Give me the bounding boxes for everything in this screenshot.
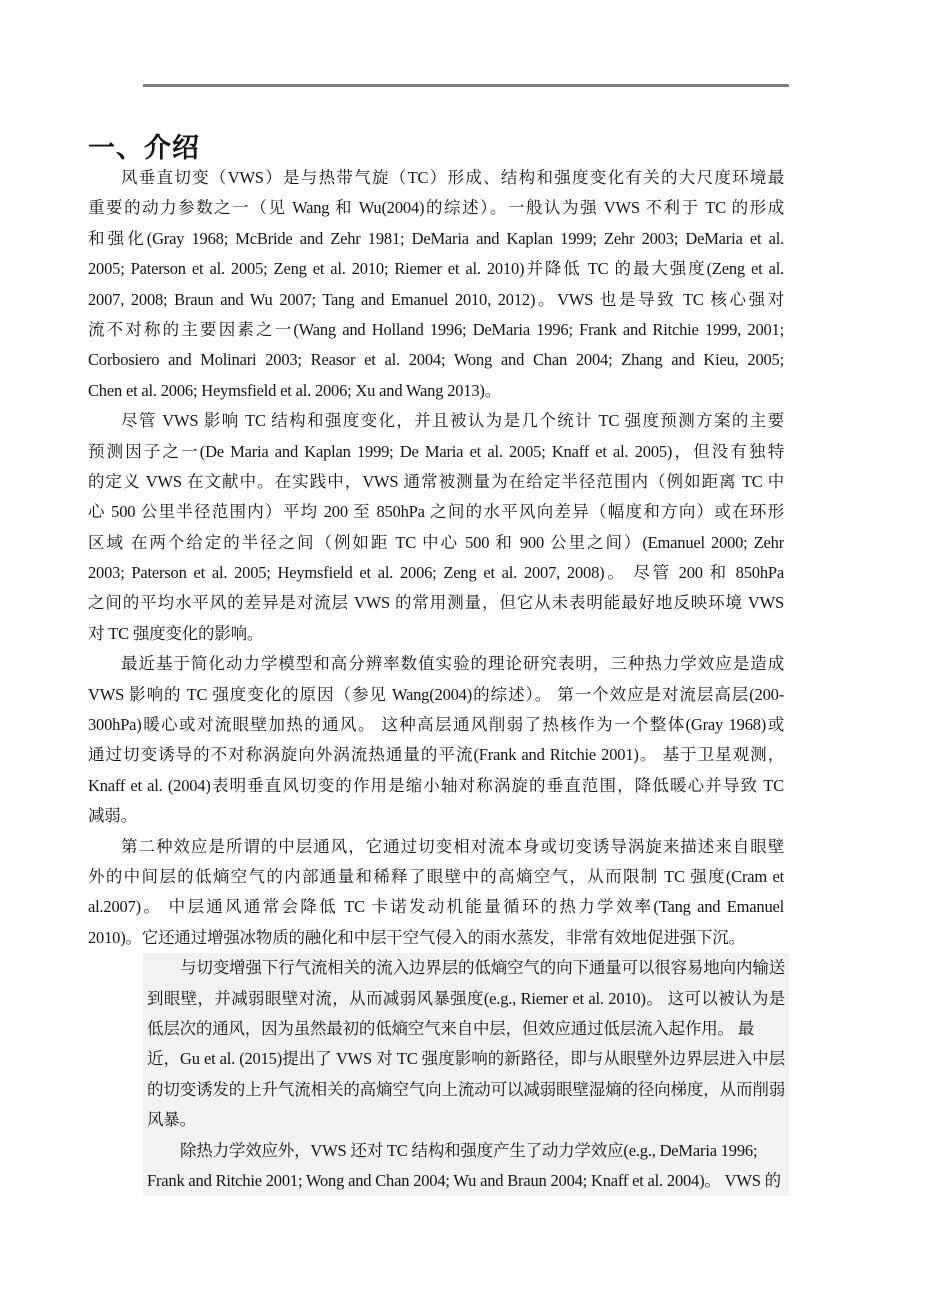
text-line: 2005; Paterson et al. 2005; Zeng et al. …	[88, 254, 784, 284]
text-line: 2003; Paterson et al. 2005; Heymsfield e…	[88, 558, 784, 588]
text-line: al.2007)。 中层通风通常会降低 TC 卡诺发动机能量循环的热力学效率(T…	[88, 892, 784, 922]
text-line: 的定义 VWS 在文献中。在实践中，VWS 通常被测量为在给定半径范围内（例如距…	[88, 467, 784, 497]
text-line: 外的中间层的低熵空气的内部通量和稀释了眼壁中的高熵空气，从而限制 TC 强度(C…	[88, 862, 784, 892]
paragraph: 第二种效应是所谓的中层通风，它通过切变相对流本身或切变诱导涡旋来描述来自眼壁外的…	[88, 832, 784, 954]
document-page: 一、介绍 风垂直切变（VWS）是与热带气旋（TC）形成、结构和强度变化有关的大尺…	[0, 0, 926, 1309]
text-line: Chen et al. 2006; Heymsfield et al. 2006…	[88, 376, 784, 406]
text-line: 的切变诱发的上升气流相关的高熵空气向上流动可以减弱眼壁湿熵的径向梯度，从而削弱	[147, 1075, 785, 1105]
text-line: 最近基于简化动力学模型和高分辨率数值实验的理论研究表明，三种热力学效应是造成	[88, 649, 784, 679]
text-line: 风暴。	[147, 1105, 785, 1135]
text-line: 和强化(Gray 1968; McBride and Zehr 1981; De…	[88, 224, 784, 254]
text-line: Frank and Ritchie 2001; Wong and Chan 20…	[147, 1166, 785, 1196]
section-heading: 一、介绍	[88, 132, 200, 164]
text-line: 心 500 公里半径范围内）平均 200 至 850hPa 之间的水平风向差异（…	[88, 497, 784, 527]
text-line: 减弱。	[88, 801, 784, 831]
text-line: 之间的平均水平风的差异是对流层 VWS 的常用测量，但它从未表明能最好地反映环境…	[88, 588, 784, 618]
text-line: 2010)。它还通过增强冰物质的融化和中层干空气侵入的雨水蒸发，非常有效地促进强…	[88, 923, 784, 953]
text-line: 近，Gu et al. (2015)提出了 VWS 对 TC 强度影响的新路径，…	[147, 1044, 785, 1074]
text-line: 风垂直切变（VWS）是与热带气旋（TC）形成、结构和强度变化有关的大尺度环境最	[88, 163, 784, 193]
text-line: VWS 影响的 TC 强度变化的原因（参见 Wang(2004)的综述）。 第一…	[88, 680, 784, 710]
paragraph: 风垂直切变（VWS）是与热带气旋（TC）形成、结构和强度变化有关的大尺度环境最重…	[88, 163, 784, 406]
text-line: 通过切变诱导的不对称涡旋向外涡流热通量的平流(Frank and Ritchie…	[88, 740, 784, 770]
text-line: 第二种效应是所谓的中层通风，它通过切变相对流本身或切变诱导涡旋来描述来自眼壁	[88, 832, 784, 862]
text-line: 低层次的通风，因为虽然最初的低熵空气来自中层，但效应通过低层流入起作用。 最	[147, 1014, 785, 1044]
text-line: 重要的动力参数之一（见 Wang 和 Wu(2004)的综述）。一般认为强 VW…	[88, 193, 784, 223]
text-line: 到眼壁，并减弱眼壁对流，从而减弱风暴强度(e.g., Riemer et al.…	[147, 984, 785, 1014]
text-line: Knaff et al. (2004)表明垂直风切变的作用是缩小轴对称涡旋的垂直…	[88, 771, 784, 801]
text-line: 流不对称的主要因素之一(Wang and Holland 1996; DeMar…	[88, 315, 784, 345]
highlighted-paragraph: 除热力学效应外，VWS 还对 TC 结构和强度产生了动力学效应(e.g., De…	[143, 1136, 789, 1197]
text-block: 风垂直切变（VWS）是与热带气旋（TC）形成、结构和强度变化有关的大尺度环境最重…	[88, 163, 784, 1196]
text-line: 与切变增强下行气流相关的流入边界层的低熵空气的向下通量可以很容易地向内输送	[147, 953, 785, 983]
text-line: 尽管 VWS 影响 TC 结构和强度变化，并且被认为是几个统计 TC 强度预测方…	[88, 406, 784, 436]
text-line: 区域 在两个给定的半径之间（例如距 TC 中心 500 和 900 公里之间）(…	[88, 528, 784, 558]
text-line: 除热力学效应外，VWS 还对 TC 结构和强度产生了动力学效应(e.g., De…	[147, 1136, 785, 1166]
paragraph: 尽管 VWS 影响 TC 结构和强度变化，并且被认为是几个统计 TC 强度预测方…	[88, 406, 784, 649]
header-rule	[143, 84, 789, 87]
text-line: Corbosiero and Molinari 2003; Reasor et …	[88, 345, 784, 375]
text-line: 2007, 2008; Braun and Wu 2007; Tang and …	[88, 285, 784, 315]
text-line: 300hPa)暖心或对流眼壁加热的通风。 这种高层通风削弱了热核作为一个整体(G…	[88, 710, 784, 740]
highlighted-paragraph: 与切变增强下行气流相关的流入边界层的低熵空气的向下通量可以很容易地向内输送到眼壁…	[143, 953, 789, 1135]
text-line: 对 TC 强度变化的影响。	[88, 619, 784, 649]
paragraph: 最近基于简化动力学模型和高分辨率数值实验的理论研究表明，三种热力学效应是造成VW…	[88, 649, 784, 831]
text-line: 预测因子之一(De Maria and Kaplan 1999; De Mari…	[88, 437, 784, 467]
